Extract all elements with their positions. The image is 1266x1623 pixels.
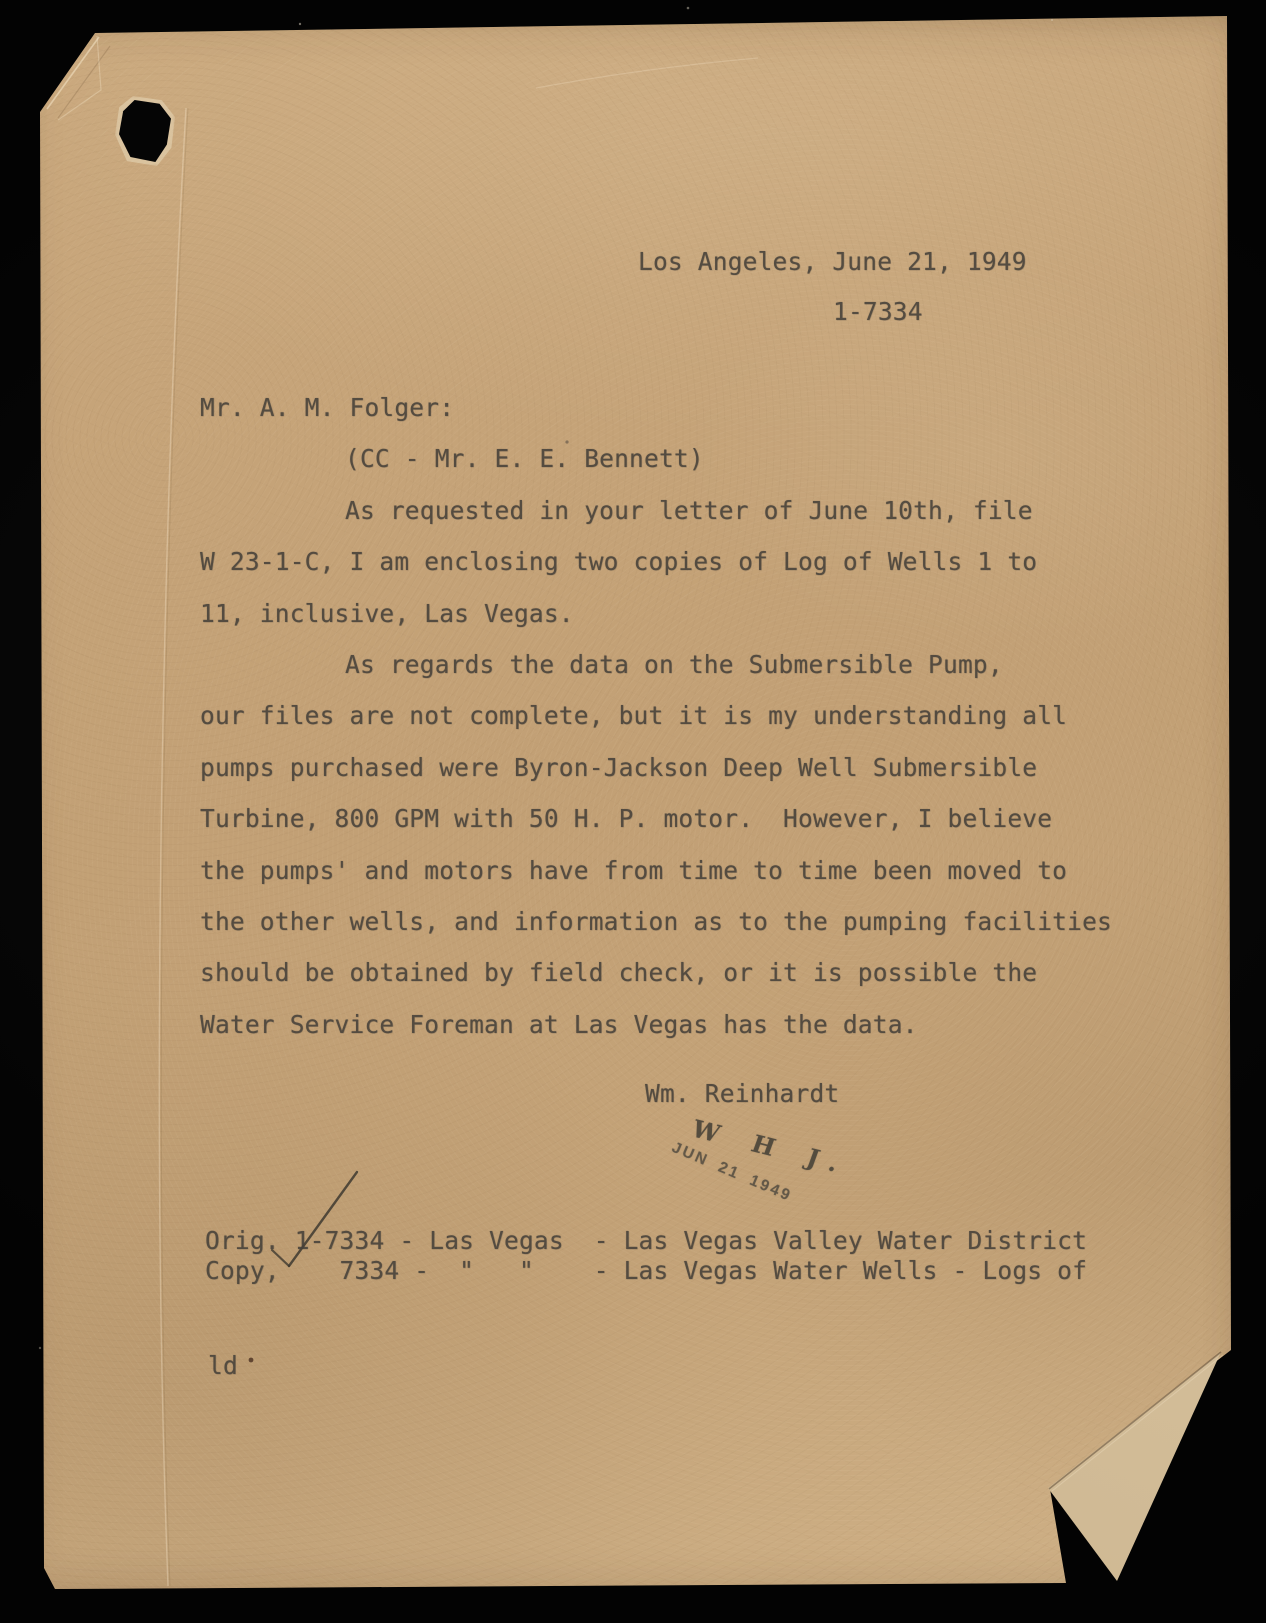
signature-name: Wm. Reinhardt	[645, 1082, 839, 1107]
letter-line: pumps purchased were Byron-Jackson Deep …	[200, 756, 1037, 781]
letter-line: the pumps' and motors have from time to …	[200, 859, 1067, 884]
typist-initials: ld	[208, 1354, 238, 1379]
distribution-line-orig: Orig. 1-7334 - Las Vegas - Las Vegas Val…	[205, 1229, 1087, 1254]
letter-line: our files are not complete, but it is my…	[200, 704, 1067, 729]
letter-line: 11, inclusive, Las Vegas.	[200, 602, 574, 627]
letter-line: Mr. A. M. Folger:	[200, 396, 454, 421]
letter-line: As regards the data on the Submersible P…	[345, 653, 1003, 678]
letter-line: Water Service Foreman at Las Vegas has t…	[200, 1013, 918, 1038]
scanned-letter-background: Los Angeles, June 21, 1949 1-7334 Mr. A.…	[0, 0, 1266, 1623]
dateline: Los Angeles, June 21, 1949	[638, 250, 1027, 275]
letter-line: Turbine, 800 GPM with 50 H. P. motor. Ho…	[200, 807, 1052, 832]
letter-line: should be obtained by field check, or it…	[200, 961, 1037, 986]
distribution-line-copy: Copy, 7334 - " " - Las Vegas Water Wells…	[205, 1259, 1087, 1284]
file-number: 1-7334	[833, 300, 923, 325]
letter-line: the other wells, and information as to t…	[200, 910, 1112, 935]
letter-line: W 23-1-C, I am enclosing two copies of L…	[200, 550, 1037, 575]
letter-line: (CC - Mr. E. E. Bennett)	[345, 447, 704, 472]
letter-line: As requested in your letter of June 10th…	[345, 499, 1033, 524]
